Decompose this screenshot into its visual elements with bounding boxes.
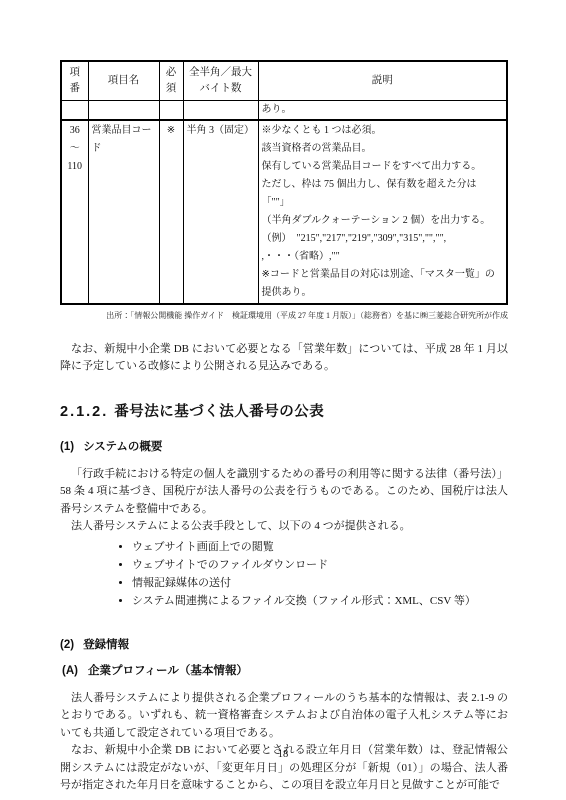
publication-methods-list: ウェブサイト画面上での閲覧 ウェブサイトでのファイルダウンロード 情報記録媒体の…: [60, 538, 508, 610]
subsection-2-number: (2): [60, 639, 74, 651]
subsection-2a-title: 企業プロフィール（基本情報）: [88, 665, 248, 677]
cell-required: [159, 100, 183, 120]
subsection-1-title: システムの概要: [83, 441, 162, 453]
col-header-bytes: 全半角／最大 バイト数: [183, 61, 258, 100]
list-item: ウェブサイト画面上での閲覧: [132, 538, 508, 556]
list-item: ウェブサイトでのファイルダウンロード: [132, 556, 508, 574]
col-header-description: 説明: [258, 61, 507, 100]
col-header-item-name: 項目名: [88, 61, 159, 100]
cell-item-name: [88, 100, 159, 120]
subsection-1-number: (1): [60, 441, 74, 453]
table-source-caption: 出所：「情報公開機能 操作ガイド 検証環境用（平成 27 年度 1 月版）」（総…: [60, 310, 508, 321]
cell-item-no: [61, 100, 88, 120]
cell-required: ※: [159, 120, 183, 304]
section-heading: 2.1.2.番号法に基づく法人番号の公表: [60, 400, 508, 421]
subsection-2-heading: (2)登録情報: [60, 636, 508, 652]
subsection-2a-heading: (A)企業プロフィール（基本情報）: [62, 662, 508, 678]
cell-bytes: 半角 3（固定）: [183, 120, 258, 304]
page-number: 18: [0, 749, 566, 760]
cell-item-no: 36 ～ 110: [61, 120, 88, 304]
table-row: あり。: [61, 100, 507, 120]
intro-paragraph: なお、新規中小企業 DB において必要となる「営業年数」については、平成 28 …: [60, 341, 508, 376]
document-page: 項 番 項目名 必 須 全半角／最大 バイト数 説明 あり。 36 ～ 110: [0, 0, 566, 800]
subsection-2-title: 登録情報: [83, 639, 129, 651]
subsection-1-heading: (1)システムの概要: [60, 438, 508, 454]
subsection-2-paragraph-1: 法人番号システムにより提供される企業プロフィールのうち基本的な情報は、表 2.1…: [60, 690, 508, 743]
section-number: 2.1.2.: [60, 404, 108, 420]
section-title: 番号法に基づく法人番号の公表: [114, 404, 324, 420]
page-content: 項 番 項目名 必 須 全半角／最大 バイト数 説明 あり。 36 ～ 110: [0, 0, 566, 795]
spec-table-header: 項 番 項目名 必 須 全半角／最大 バイト数 説明: [61, 61, 507, 100]
spec-table: 項 番 項目名 必 須 全半角／最大 バイト数 説明 あり。 36 ～ 110: [60, 60, 508, 305]
subsection-2a-number: (A): [62, 665, 78, 677]
cell-item-name: 営業品目コード: [88, 120, 159, 304]
cell-description: あり。: [258, 100, 507, 120]
list-item: システム間連携によるファイル交換（ファイル形式：XML、CSV 等）: [132, 592, 508, 610]
col-header-required: 必 須: [159, 61, 183, 100]
cell-description: ※少なくとも 1 つは必須。 該当資格者の営業品目。 保有している営業品目コード…: [258, 120, 507, 304]
list-item: 情報記録媒体の送付: [132, 574, 508, 592]
subsection-1-paragraph-2: 法人番号システムによる公表手段として、以下の 4 つが提供される。: [60, 518, 508, 536]
col-header-item-no: 項 番: [61, 61, 88, 100]
table-row: 36 ～ 110 営業品目コード ※ 半角 3（固定） ※少なくとも 1 つは必…: [61, 120, 507, 304]
cell-bytes: [183, 100, 258, 120]
subsection-1-paragraph-1: 「行政手続における特定の個人を識別するための番号の利用等に関する法律（番号法）」…: [60, 466, 508, 519]
